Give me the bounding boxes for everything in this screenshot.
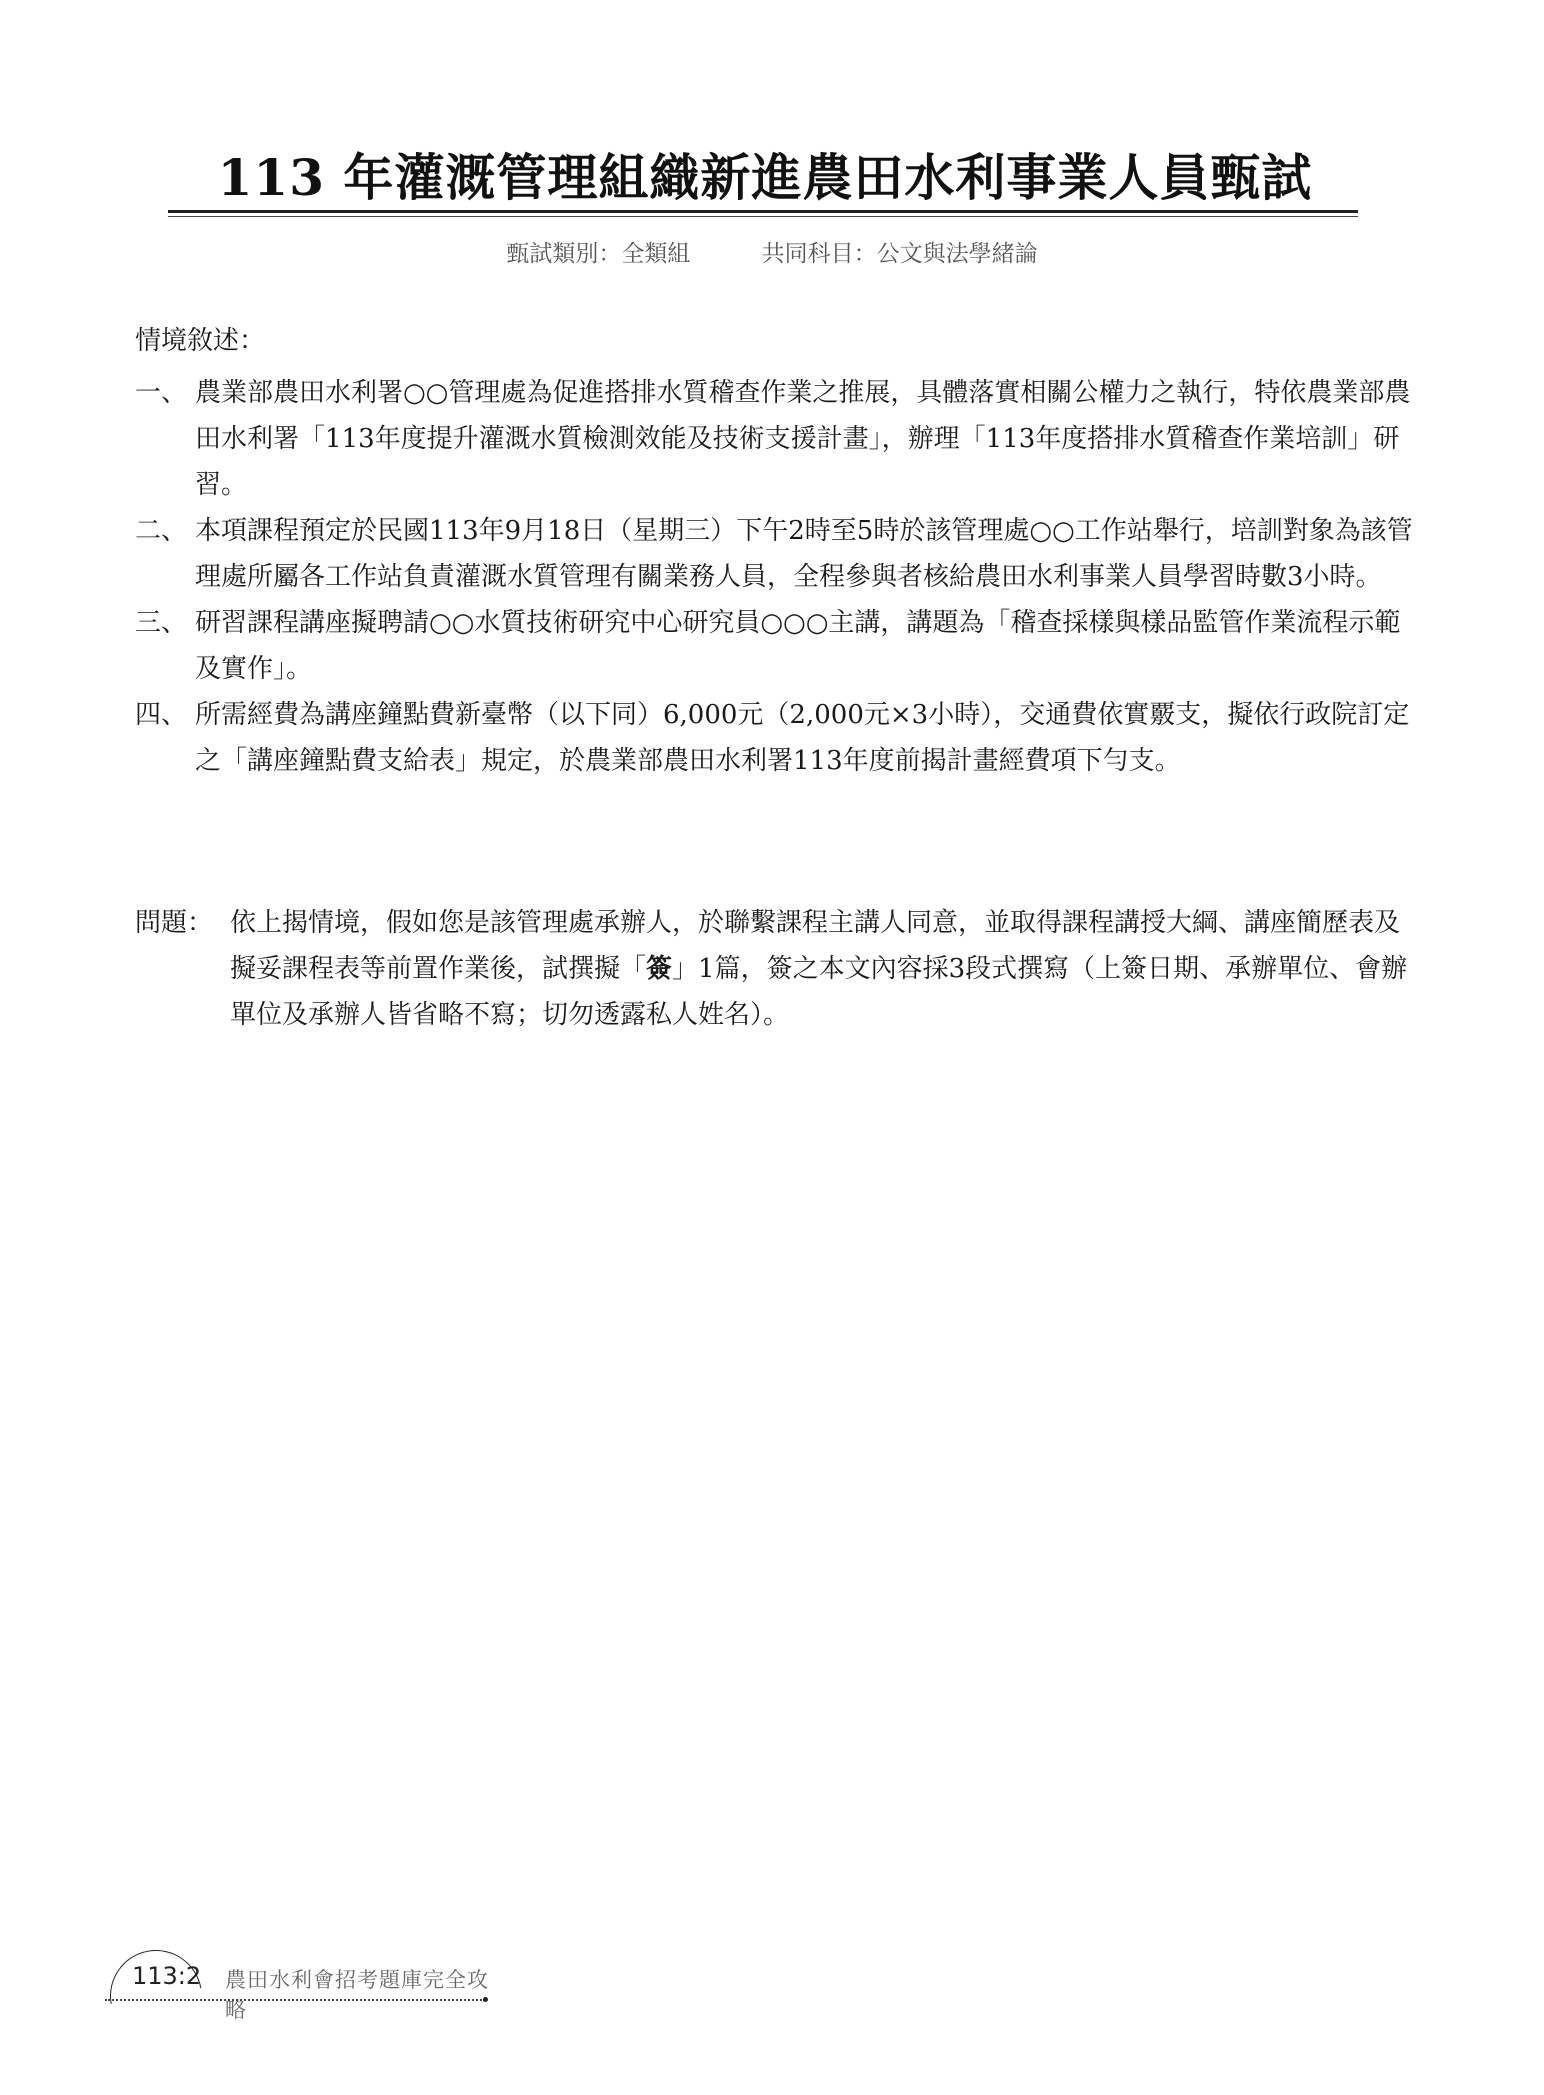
question-block: 問題： 依上揭情境，假如您是該管理處承辦人，於聯繫課程主講人同意，並取得課程講授… (135, 900, 1415, 1038)
item-number: 四、 (135, 692, 195, 784)
item-text: 所需經費為講座鐘點費新臺幣（以下同）6,000元（2,000元×3小時），交通費… (195, 692, 1415, 784)
page-title: 113 年灌溉管理組織新進農田水利事業人員甄試 (170, 148, 1360, 208)
item-number: 二、 (135, 508, 195, 600)
item-number: 三、 (135, 600, 195, 692)
dotted-rule (105, 1999, 485, 2001)
question-emphasis: 簽 (646, 954, 672, 984)
scenario-item: 三、 研習課程講座擬聘請○○水質技術研究中心研究員○○○主講，講題為「稽查採樣與… (135, 600, 1415, 692)
question-label: 問題： (135, 900, 230, 1038)
exam-info: 甄試類別：全類組 共同科目：公文與法學緒論 (0, 235, 1544, 268)
question-text: 依上揭情境，假如您是該管理處承辦人，於聯繫課程主講人同意，並取得課程講授大綱、講… (230, 900, 1415, 1038)
page-footer: 113:2 農田水利會招考題庫完全攻略 (100, 1940, 500, 2040)
item-text: 研習課程講座擬聘請○○水質技術研究中心研究員○○○主講，講題為「稽查採樣與樣品監… (195, 600, 1415, 692)
page-number-arc-icon (92, 1932, 220, 2060)
exam-category: 甄試類別：全類組 (506, 241, 690, 267)
page-number: 113:2 (132, 1962, 201, 1990)
scenario-label: 情境敘述： (135, 320, 265, 357)
title-rule-thick (168, 210, 1358, 213)
scenario-item: 二、 本項課程預定於民國113年9月18日（星期三）下午2時至5時於該管理處○○… (135, 508, 1415, 600)
item-text: 農業部農田水利署○○管理處為促進搭排水質稽查作業之推展，具體落實相關公權力之執行… (195, 370, 1415, 508)
title-rule-thin (168, 216, 1358, 217)
rule-end-dot-icon (483, 1997, 488, 2002)
item-number: 一、 (135, 370, 195, 508)
book-title: 農田水利會招考題庫完全攻略 (225, 1964, 500, 2024)
scenario-item: 四、 所需經費為講座鐘點費新臺幣（以下同）6,000元（2,000元×3小時），… (135, 692, 1415, 784)
scenario-item: 一、 農業部農田水利署○○管理處為促進搭排水質稽查作業之推展，具體落實相關公權力… (135, 370, 1415, 508)
scenario-list: 一、 農業部農田水利署○○管理處為促進搭排水質稽查作業之推展，具體落實相關公權力… (135, 370, 1415, 784)
common-subject: 共同科目：公文與法學緒論 (762, 241, 1038, 267)
item-text: 本項課程預定於民國113年9月18日（星期三）下午2時至5時於該管理處○○工作站… (195, 508, 1415, 600)
